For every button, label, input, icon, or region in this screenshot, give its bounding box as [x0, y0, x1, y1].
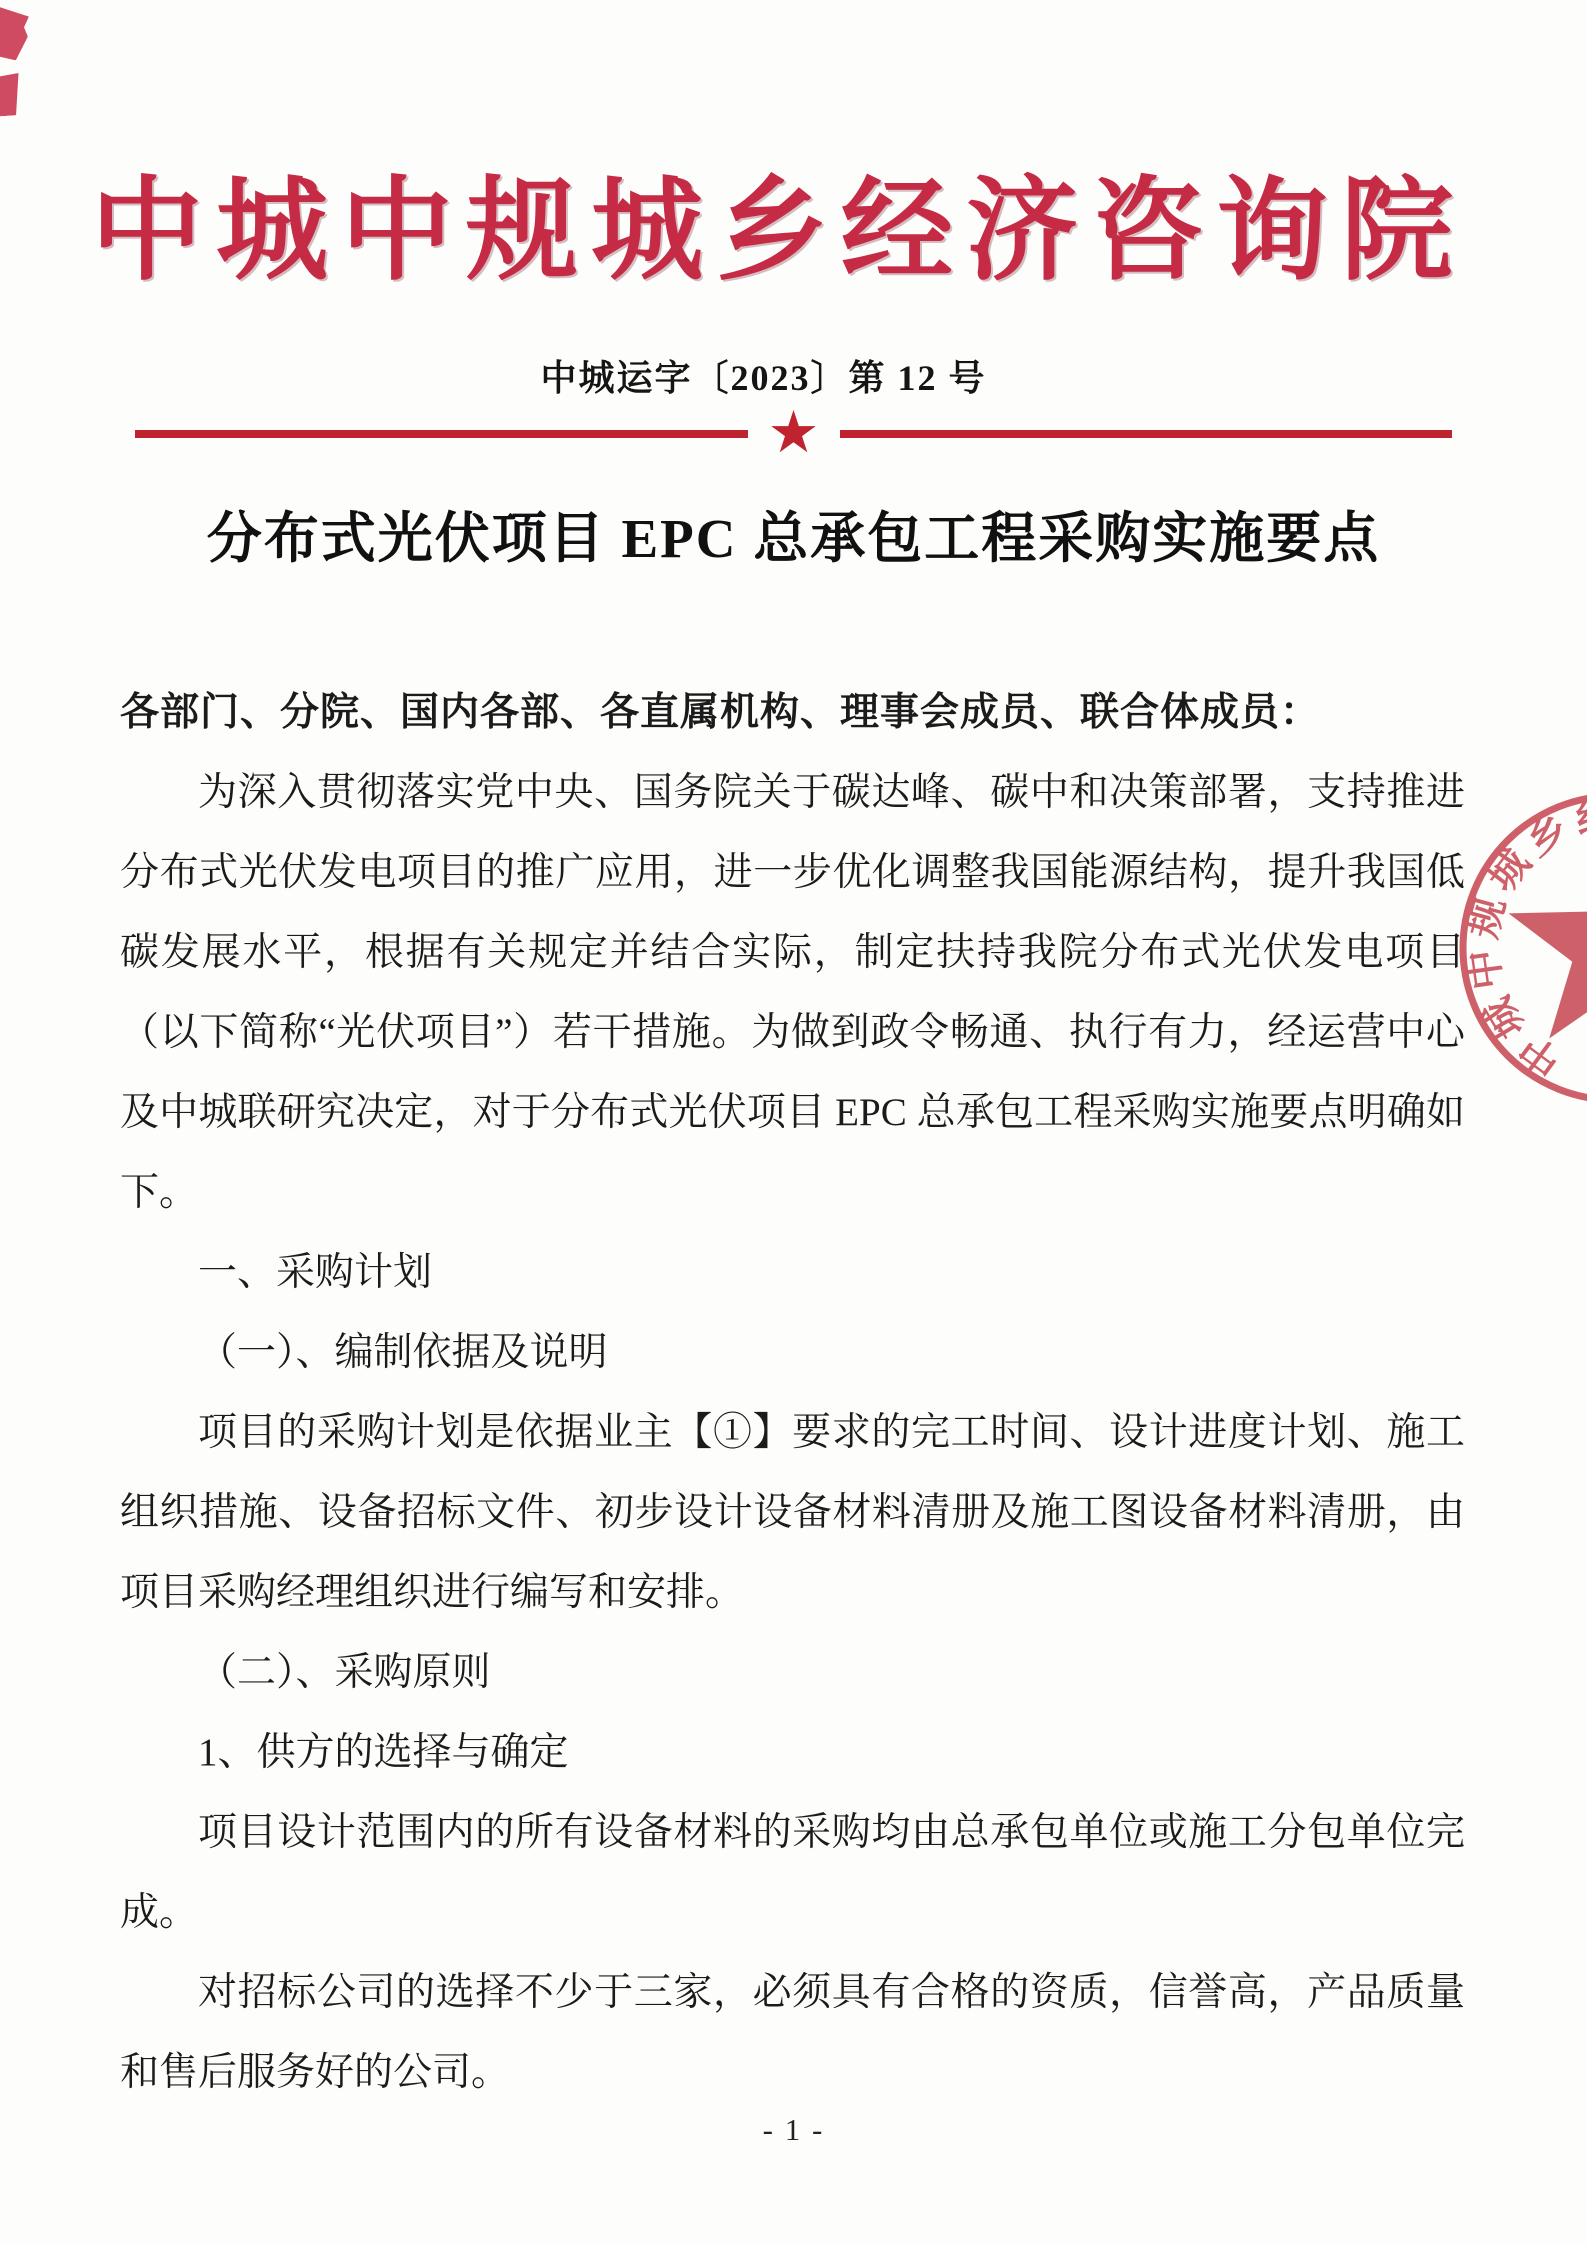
paragraph: 项目设计范围内的所有设备材料的采购均由总承包单位或施工分包单位完成。 [120, 1793, 1465, 1953]
document-title: 分布式光伏项目 EPC 总承包工程采购实施要点 [0, 494, 1587, 573]
paragraph-list: 为深入贯彻落实党中央、国务院关于碳达峰、碳中和决策部署，支持推进分布式光伏发电项… [120, 753, 1465, 2113]
official-seal-icon: 中城中规城乡经济咨询院 [1445, 778, 1587, 1118]
org-name-header: 中城中规城乡经济咨询院 [0, 168, 1557, 297]
divider-line-left [135, 430, 748, 438]
page-number: - 1 - [0, 2112, 1587, 2148]
paragraph: 一、采购计划 [120, 1233, 1465, 1313]
paragraph: 为深入贯彻落实党中央、国务院关于碳达峰、碳中和决策部署，支持推进分布式光伏发电项… [120, 753, 1465, 1233]
salutation: 各部门、分院、国内各部、各直属机构、理事会成员、联合体成员： [120, 673, 1465, 753]
paragraph: （一）、编制依据及说明 [120, 1313, 1465, 1393]
scan-artifact-red-fragment [0, 5, 29, 61]
doc-number: 中城运字〔2023〕第 12 号 [0, 350, 1527, 401]
paragraph: 对招标公司的选择不少于三家，必须具有合格的资质，信誉高，产品质量和售后服务好的公… [120, 1953, 1465, 2113]
paragraph: 项目的采购计划是依据业主【①】要求的完工时间、设计进度计划、施工组织措施、设备招… [120, 1393, 1465, 1633]
document-body: 各部门、分院、国内各部、各直属机构、理事会成员、联合体成员： 为深入贯彻落实党中… [120, 673, 1465, 2113]
scan-artifact-red-fragment [0, 73, 21, 117]
document-page: 中城中规城乡经济咨询院 中城运字〔2023〕第 12 号 ★ 分布式光伏项目 E… [0, 0, 1587, 2245]
paragraph: （二）、采购原则 [120, 1633, 1465, 1713]
paragraph: 1、供方的选择与确定 [120, 1713, 1465, 1793]
star-divider: ★ [135, 412, 1452, 456]
divider-line-right [840, 430, 1453, 438]
star-icon: ★ [768, 410, 820, 454]
